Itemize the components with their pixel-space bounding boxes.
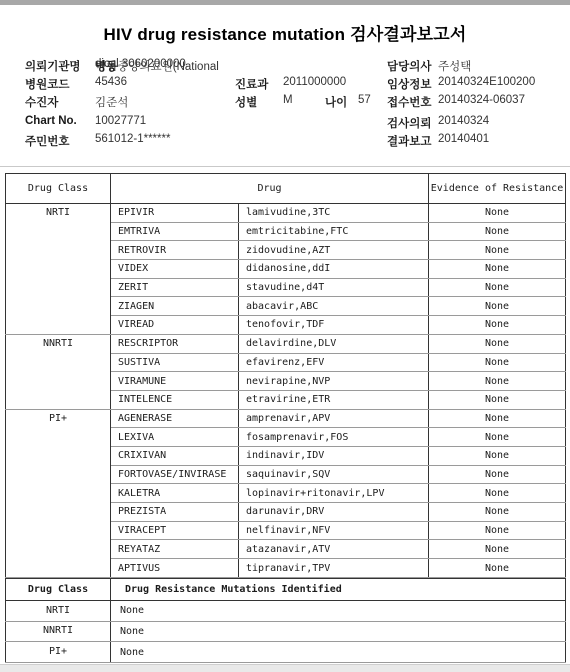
mutations-cell: None	[111, 621, 566, 642]
accession-no-label: 접수번호	[387, 94, 431, 110]
evidence-cell: None	[429, 241, 566, 260]
drug-row: PI+AGENERASEamprenavir,APVNone	[6, 409, 566, 428]
drug-generic-cell: tipranavir,TPV	[239, 559, 429, 578]
info-row-2: 병원코드 45436 진료과 2011000000 임상정보 20140324E…	[0, 76, 570, 92]
evidence-cell: None	[429, 204, 566, 223]
evidence-cell: None	[429, 446, 566, 465]
drug-brand-cell: LEXIVA	[111, 428, 239, 447]
mutation-row: NNRTINone	[6, 621, 566, 642]
drug-generic-cell: fosamprenavir,FOS	[239, 428, 429, 447]
drug-brand-cell: EMTRIVA	[111, 222, 239, 241]
evidence-cell: None	[429, 297, 566, 316]
mutation-drug-class-cell: NRTI	[6, 601, 111, 622]
drug-class-cell: NRTI	[6, 204, 111, 335]
evidence-header: Evidence of Resistance	[429, 174, 566, 204]
drug-generic-cell: indinavir,IDV	[239, 446, 429, 465]
test-requested-label: 검사의뢰	[387, 115, 431, 131]
mutation-drug-class-cell: PI+	[6, 642, 111, 663]
evidence-cell: None	[429, 409, 566, 428]
evidence-cell: None	[429, 278, 566, 297]
mutations-identified-header: Drug Resistance Mutations Identified	[111, 579, 566, 601]
patient-name-value: 김준석	[95, 94, 128, 110]
evidence-cell: None	[429, 372, 566, 391]
mutation-row: NRTINone	[6, 601, 566, 622]
drug-brand-cell: APTIVUS	[111, 559, 239, 578]
drug-generic-cell: darunavir,DRV	[239, 503, 429, 522]
mutation-row: PI+None	[6, 642, 566, 663]
drug-generic-cell: nevirapine,NVP	[239, 372, 429, 391]
drug-brand-cell: SUSTIVA	[111, 353, 239, 372]
age-value: 57	[358, 94, 371, 106]
evidence-cell: None	[429, 334, 566, 353]
evidence-cell: None	[429, 353, 566, 372]
org-label: 의뢰기관명	[25, 58, 81, 74]
hospital-code-value: 45436	[95, 76, 127, 88]
evidence-cell: None	[429, 465, 566, 484]
drug-generic-cell: stavudine,d4T	[239, 278, 429, 297]
drug-class-header: Drug Class	[6, 174, 111, 204]
evidence-cell: None	[429, 503, 566, 522]
drug-class-cell: NNRTI	[6, 334, 111, 409]
evidence-cell: None	[429, 222, 566, 241]
drug-brand-cell: CRIXIVAN	[111, 446, 239, 465]
chart-no-label: Chart No.	[25, 115, 77, 127]
drug-generic-cell: zidovudine,AZT	[239, 241, 429, 260]
drug-brand-cell: FORTOVASE/INVIRASE	[111, 465, 239, 484]
drug-brand-cell: PREZISTA	[111, 503, 239, 522]
info-row-3: 수진자 김준석 성별 M 나이 57 접수번호 20140324-06037	[0, 94, 570, 110]
drug-brand-cell: AGENERASE	[111, 409, 239, 428]
drug-generic-cell: abacavir,ABC	[239, 297, 429, 316]
page-bottom-strip	[0, 664, 570, 672]
info-row-4: Chart No. 10027771 검사의뢰 20140324	[0, 115, 570, 131]
drug-brand-cell: VIDEX	[111, 260, 239, 279]
evidence-cell: None	[429, 521, 566, 540]
evidence-cell: None	[429, 428, 566, 447]
result-reported-value: 20140401	[438, 133, 489, 145]
mutation-table-body: NRTINoneNNRTINonePI+None	[6, 601, 566, 663]
drug-generic-cell: lamivudine,3TC	[239, 204, 429, 223]
drug-generic-cell: nelfinavir,NFV	[239, 521, 429, 540]
mutation-drug-class-cell: NNRTI	[6, 621, 111, 642]
drug-generic-cell: atazanavir,ATV	[239, 540, 429, 559]
evidence-cell: None	[429, 559, 566, 578]
info-row-1: 의뢰기관명 국립중앙의료원(National병동dical 3060200000…	[0, 58, 570, 74]
doctor-label: 담당의사	[387, 58, 431, 74]
department-value: 2011000000	[283, 76, 346, 88]
drug-brand-cell: KALETRA	[111, 484, 239, 503]
drug-brand-cell: INTELENCE	[111, 390, 239, 409]
evidence-cell: None	[429, 540, 566, 559]
clinical-info-label: 임상정보	[387, 76, 431, 92]
drug-table-body: NRTIEPIVIRlamivudine,3TCNoneEMTRIVAemtri…	[6, 204, 566, 578]
mutations-cell: None	[111, 601, 566, 622]
drug-generic-cell: saquinavir,SQV	[239, 465, 429, 484]
hospital-code-label: 병원코드	[25, 76, 69, 92]
info-row-5: 주민번호 561012-1****** 결과보고 20140401	[0, 133, 570, 149]
report-title: HIV drug resistance mutation 검사결과보고서	[0, 20, 570, 45]
page-top-bar	[0, 0, 570, 5]
evidence-cell: None	[429, 260, 566, 279]
drug-brand-cell: RETROVIR	[111, 241, 239, 260]
drug-resistance-table: Drug Class Drug Evidence of Resistance N…	[5, 173, 566, 578]
drug-generic-cell: tenofovir,TDF	[239, 316, 429, 335]
drug-generic-cell: efavirenz,EFV	[239, 353, 429, 372]
drug-generic-cell: delavirdine,DLV	[239, 334, 429, 353]
drug-brand-cell: VIREAD	[111, 316, 239, 335]
clinical-info-value: 20140324E100200	[438, 76, 535, 88]
drug-generic-cell: lopinavir+ritonavir,LPV	[239, 484, 429, 503]
drug-brand-cell: VIRAMUNE	[111, 372, 239, 391]
drug-generic-cell: didanosine,ddI	[239, 260, 429, 279]
drug-brand-cell: EPIVIR	[111, 204, 239, 223]
drug-header: Drug	[111, 174, 429, 204]
drug-generic-cell: etravirine,ETR	[239, 390, 429, 409]
mutation-table-header-row: Drug Class Drug Resistance Mutations Ide…	[6, 579, 566, 601]
mutations-cell: None	[111, 642, 566, 663]
evidence-cell: None	[429, 316, 566, 335]
drug-brand-cell: ZIAGEN	[111, 297, 239, 316]
accession-no-value: 20140324-06037	[438, 94, 525, 106]
test-requested-value: 20140324	[438, 115, 489, 127]
drug-generic-cell: emtricitabine,FTC	[239, 222, 429, 241]
drug-brand-cell: ZERIT	[111, 278, 239, 297]
info-divider	[0, 166, 570, 167]
drug-row: NNRTIRESCRIPTORdelavirdine,DLVNone	[6, 334, 566, 353]
sex-label: 성별	[235, 94, 257, 110]
drug-row: NRTIEPIVIRlamivudine,3TCNone	[6, 204, 566, 223]
resident-id-label: 주민번호	[25, 133, 69, 149]
resident-id-value: 561012-1******	[95, 133, 170, 145]
mutation-drug-class-header: Drug Class	[6, 579, 111, 601]
evidence-cell: None	[429, 484, 566, 503]
drug-generic-cell: amprenavir,APV	[239, 409, 429, 428]
chart-no-value: 10027771	[95, 115, 146, 127]
mutation-table: Drug Class Drug Resistance Mutations Ide…	[5, 578, 566, 663]
drug-table-header-row: Drug Class Drug Evidence of Resistance	[6, 174, 566, 204]
age-label: 나이	[325, 94, 347, 110]
drug-brand-cell: VIRACEPT	[111, 521, 239, 540]
drug-class-cell: PI+	[6, 409, 111, 577]
patient-name-label: 수진자	[25, 94, 58, 110]
doctor-value: 주성택	[438, 58, 471, 74]
evidence-cell: None	[429, 390, 566, 409]
drug-brand-cell: REYATAZ	[111, 540, 239, 559]
drug-brand-cell: RESCRIPTOR	[111, 334, 239, 353]
result-reported-label: 결과보고	[387, 133, 431, 149]
department-label: 진료과	[235, 76, 268, 92]
sex-value: M	[283, 94, 293, 106]
